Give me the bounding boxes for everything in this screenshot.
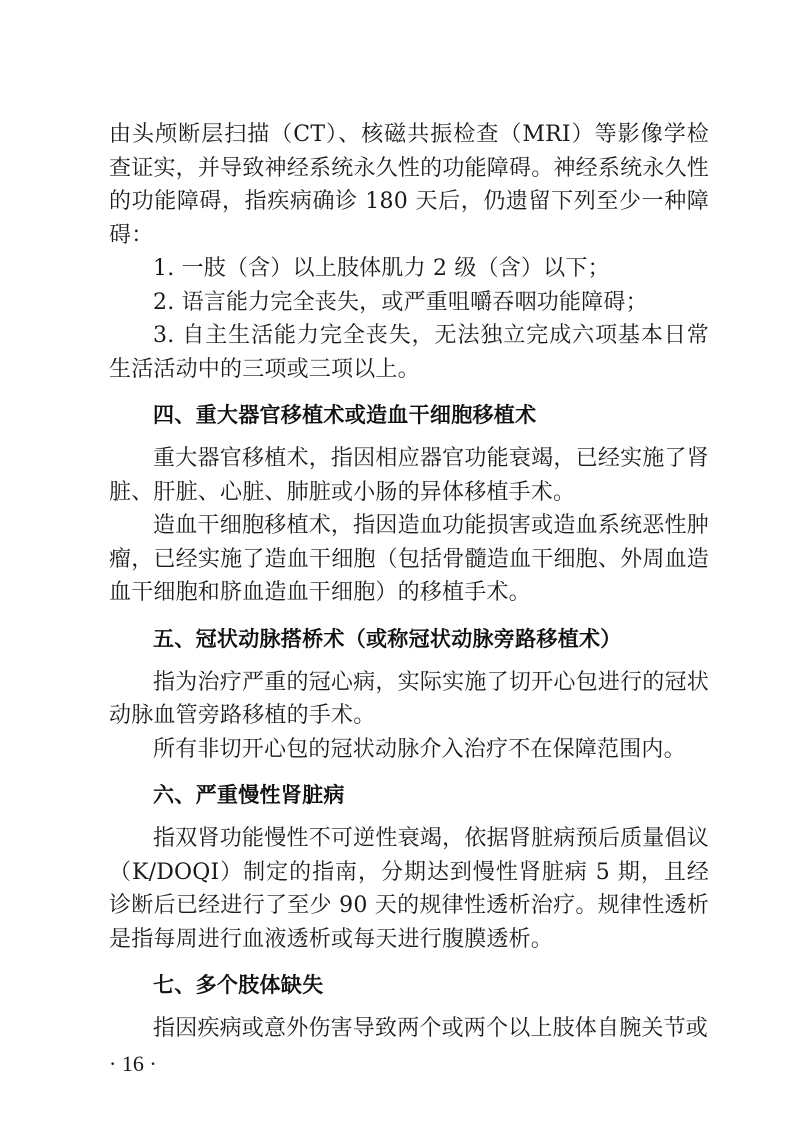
section-paragraph: 指因疾病或意外伤害导致两个或两个以上肢体自腕关节或 (109, 1012, 709, 1046)
intro-paragraph: 由头颅断层扫描（CT）、核磁共振检查（MRI）等影像学检查证实，并导致神经系统永… (109, 118, 709, 252)
section-chronic-kidney-disease: 六、严重慢性肾脏病 指双肾功能慢性不可逆性衰竭，依据肾脏病预后质量倡议（K/DO… (109, 780, 709, 956)
section-coronary-bypass: 五、冠状动脉搭桥术（或称冠状动脉旁路移植术） 指为治疗严重的冠心病，实际实施了切… (109, 624, 709, 767)
section-heading: 五、冠状动脉搭桥术（或称冠状动脉旁路移植术） (109, 624, 709, 654)
section-heading: 七、多个肢体缺失 (109, 970, 709, 1000)
document-page: 由头颅断层扫描（CT）、核磁共振检查（MRI）等影像学检查证实，并导致神经系统永… (109, 118, 709, 1046)
section-paragraph: 重大器官移植术，指因相应器官功能衰竭，已经实施了肾脏、肝脏、心脏、肺脏或小肠的异… (109, 442, 709, 509)
section-multiple-limb-loss: 七、多个肢体缺失 指因疾病或意外伤害导致两个或两个以上肢体自腕关节或 (109, 970, 709, 1046)
section-paragraph: 造血干细胞移植术，指因造血功能损害或造血系统恶性肿瘤，已经实施了造血干细胞（包括… (109, 509, 709, 610)
section-heading: 六、严重慢性肾脏病 (109, 780, 709, 810)
section-paragraph: 指为治疗严重的冠心病，实际实施了切开心包进行的冠状动脉血管旁路移植的手术。 (109, 666, 709, 733)
section-paragraph: 所有非切开心包的冠状动脉介入治疗不在保障范围内。 (109, 733, 709, 767)
list-item-3: 3. 自主生活能力完全丧失，无法独立完成六项基本日常生活活动中的三项或三项以上。 (109, 319, 709, 386)
section-heading: 四、重大器官移植术或造血干细胞移植术 (109, 400, 709, 430)
list-item-2: 2. 语言能力完全丧失，或严重咀嚼吞咽功能障碍； (109, 286, 709, 320)
page-number: · 16 · (109, 1051, 157, 1077)
list-item-1: 1. 一肢（含）以上肢体肌力 2 级（含）以下； (109, 252, 709, 286)
section-organ-transplant: 四、重大器官移植术或造血干细胞移植术 重大器官移植术，指因相应器官功能衰竭，已经… (109, 400, 709, 610)
section-paragraph: 指双肾功能慢性不可逆性衰竭，依据肾脏病预后质量倡议（K/DOQI）制定的指南，分… (109, 822, 709, 956)
